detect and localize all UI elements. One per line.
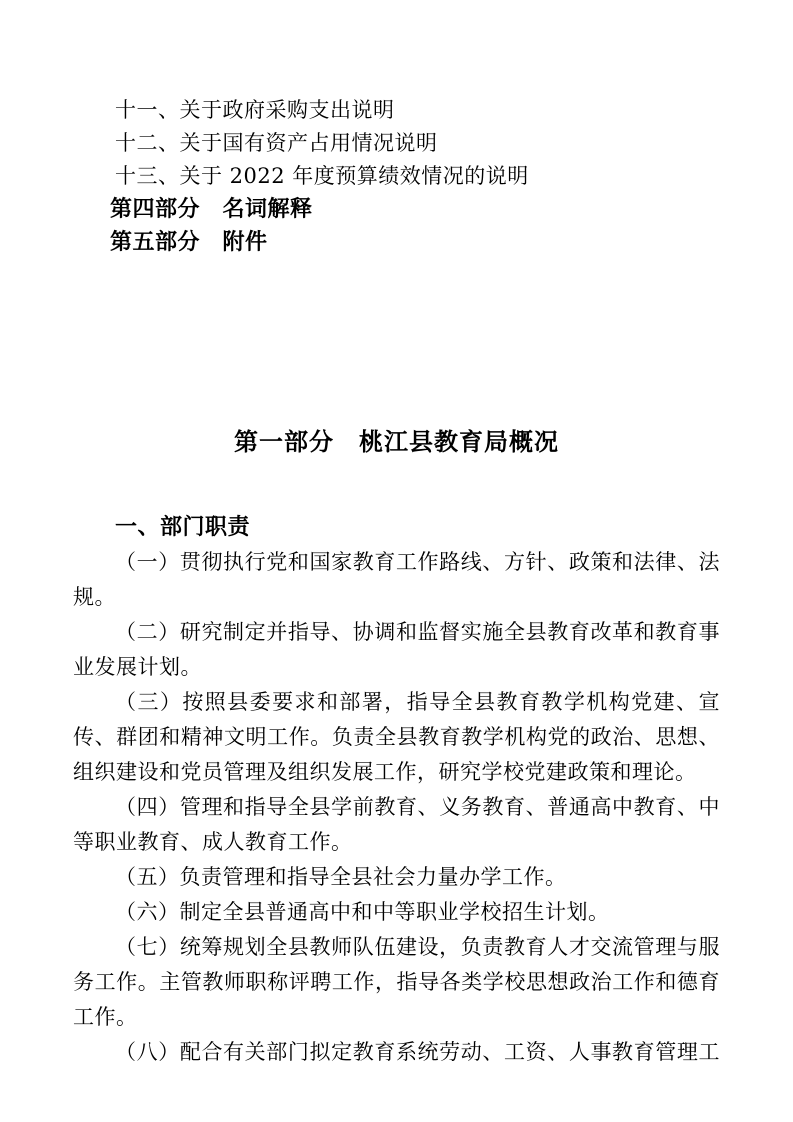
section-title: 第一部分 桃江县教育局概况 [73,425,720,458]
subsection-heading: 一、部门职责 [73,510,720,545]
document-page: 十一、关于政府采购支出说明 十二、关于国有资产占用情况说明 十三、关于 2022… [0,0,793,1122]
section-body: 一、部门职责 （一）贯彻执行党和国家教育工作路线、方针、政策和法律、法规。 （二… [73,510,720,1070]
body-paragraph: （七）统筹规划全县教师队伍建设，负责教育人才交流管理与服务工作。主管教师职称评聘… [73,930,720,1035]
body-paragraph: （三）按照县委要求和部署，指导全县教育教学机构党建、宣传、群团和精神文明工作。负… [73,685,720,790]
toc-item: 十一、关于政府采购支出说明 [73,94,720,127]
body-paragraph: （四）管理和指导全县学前教育、义务教育、普通高中教育、中等职业教育、成人教育工作… [73,790,720,860]
body-paragraph: （六）制定全县普通高中和中等职业学校招生计划。 [73,895,720,930]
body-paragraph: （五）负责管理和指导全县社会力量办学工作。 [73,860,720,895]
part-heading-four: 第四部分 名词解释 [73,193,720,226]
toc-continued-block: 十一、关于政府采购支出说明 十二、关于国有资产占用情况说明 十三、关于 2022… [73,94,720,259]
body-paragraph: （二）研究制定并指导、协调和监督实施全县教育改革和教育事业发展计划。 [73,615,720,685]
part-heading-five: 第五部分 附件 [73,226,720,259]
body-paragraph: （一）贯彻执行党和国家教育工作路线、方针、政策和法律、法规。 [73,545,720,615]
toc-item: 十三、关于 2022 年度预算绩效情况的说明 [73,160,720,193]
body-paragraph: （八）配合有关部门拟定教育系统劳动、工资、人事教育管理工 [73,1035,720,1070]
toc-item: 十二、关于国有资产占用情况说明 [73,127,720,160]
